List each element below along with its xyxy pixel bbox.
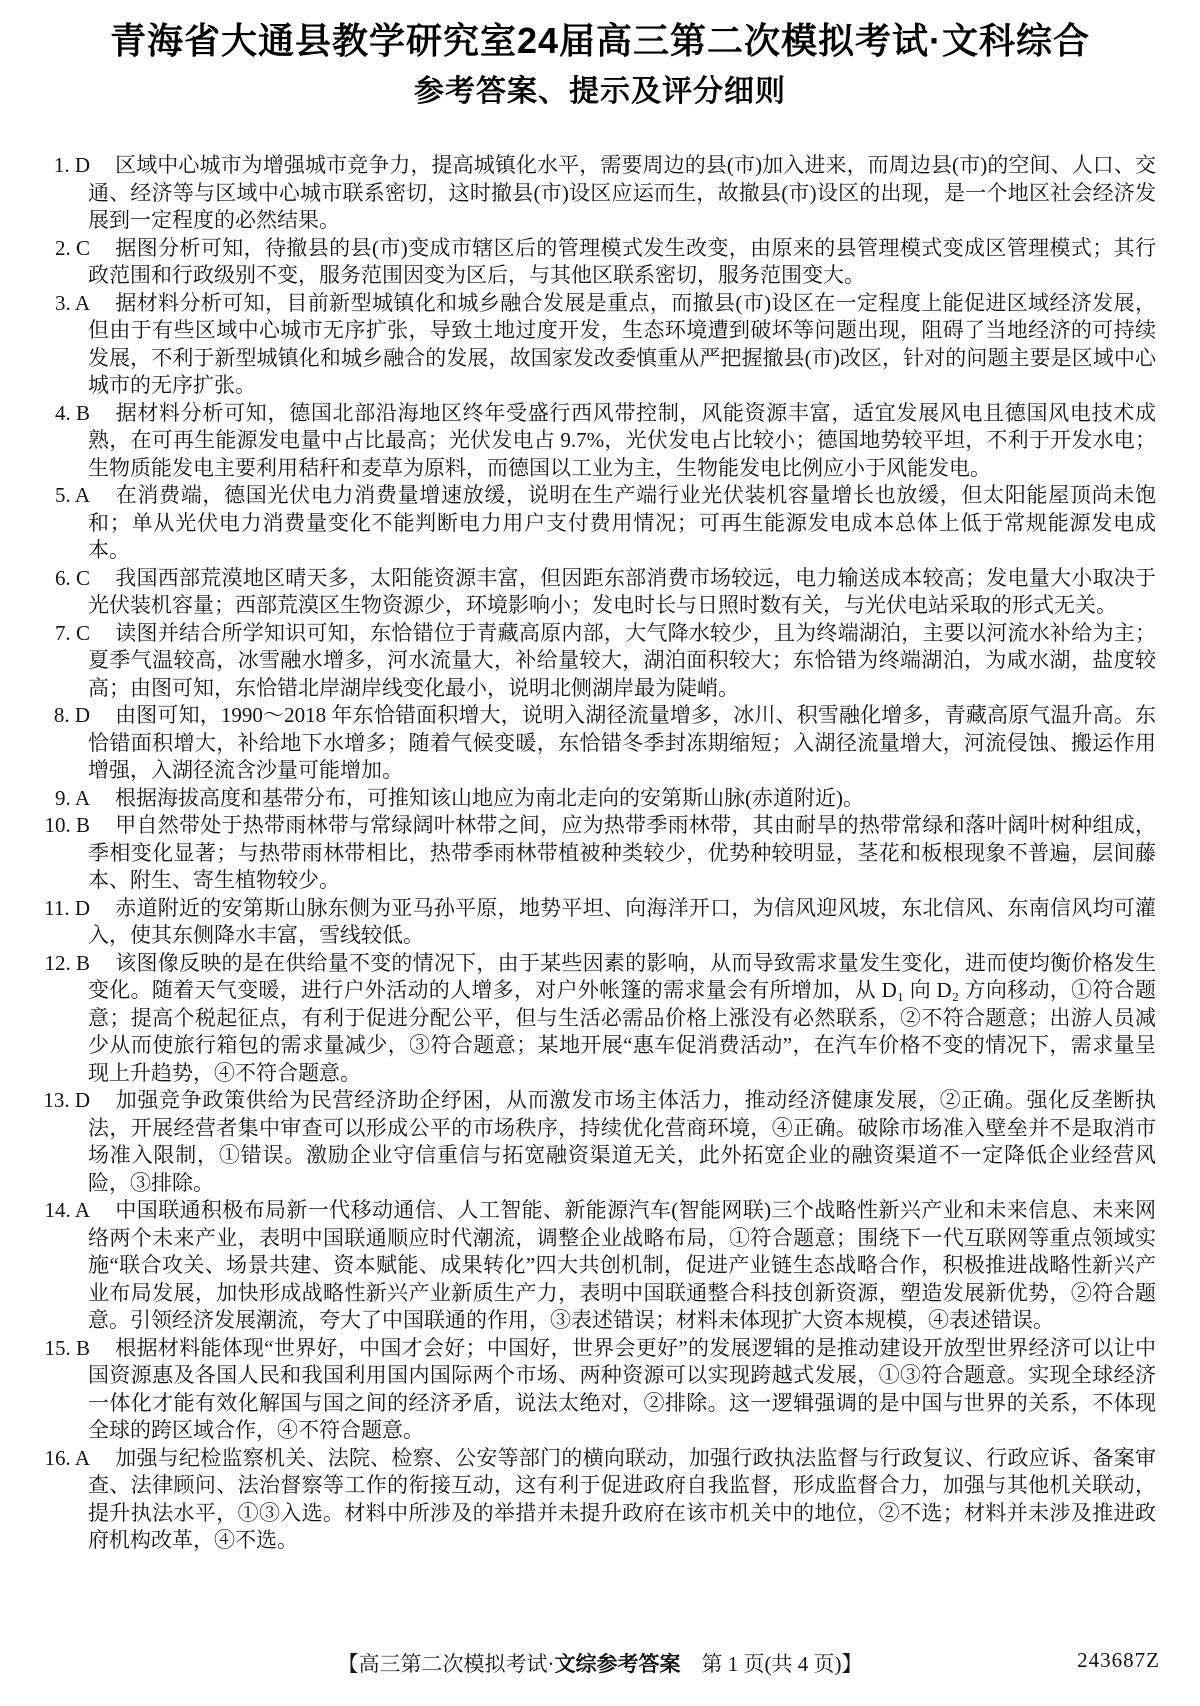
answer-item: 6. C我国西部荒漠地区晴天多，太阳能资源丰富，但因距东部消费市场较远，电力输送…: [40, 565, 1156, 620]
item-explanation: 据材料分析可知，德国北部沿海地区终年受盛行西风带控制，风能资源丰富，适宜发展风电…: [88, 401, 1156, 480]
item-explanation: 甲自然带处于热带雨林带与常绿阔叶林带之间，应为热带季雨林带，其由耐旱的热带常绿和…: [88, 813, 1156, 892]
item-number-answer: 13. D: [40, 1087, 90, 1115]
item-number-answer: 2. C: [40, 235, 90, 263]
footer-caption: 【高三第二次模拟考试·文综参考答案 第 1 页(共 4 页)】: [338, 1652, 863, 1676]
item-number-answer: 1. D: [40, 152, 90, 180]
answer-item: 16. A加强与纪检监察机关、法院、检察、公安等部门的横向联动，加强行政执法监督…: [40, 1445, 1156, 1555]
item-number-answer: 8. D: [40, 702, 90, 730]
item-number-answer: 16. A: [40, 1445, 90, 1473]
item-explanation: 区域中心城市为增强城市竞争力，提高城镇化水平，需要周边的县(市)加入进来，而周边…: [88, 153, 1156, 232]
answer-item: 11. D赤道附近的安第斯山脉东侧为亚马孙平原，地势平坦、向海洋开口，为信风迎风…: [40, 895, 1156, 950]
item-explanation: 赤道附近的安第斯山脉东侧为亚马孙平原，地势平坦、向海洋开口，为信风迎风坡，东北信…: [88, 896, 1156, 948]
page-footer: 【高三第二次模拟考试·文综参考答案 第 1 页(共 4 页)】 243687Z: [0, 1648, 1200, 1678]
item-number-answer: 11. D: [40, 895, 90, 923]
item-explanation: 我国西部荒漠地区晴天多，太阳能资源丰富，但因距东部消费市场较远，电力输送成本较高…: [88, 566, 1156, 618]
answer-item: 15. B根据材料能体现“世界好，中国才会好；中国好，世界会更好”的发展逻辑的是…: [40, 1335, 1156, 1445]
item-explanation: 加强与纪检监察机关、法院、检察、公安等部门的横向联动，加强行政执法监督与行政复议…: [88, 1446, 1156, 1553]
item-number-answer: 12. B: [40, 950, 90, 978]
item-explanation: 读图并结合所学知识可知，东恰错位于青藏高原内部，大气降水较少，且为终端湖泊，主要…: [88, 621, 1156, 700]
answer-sheet-page: 青海省大通县教学研究室24届高三第二次模拟考试·文科综合 参考答案、提示及评分细…: [0, 0, 1200, 1706]
page-subtitle: 参考答案、提示及评分细则: [0, 75, 1200, 108]
answer-list: 1. D区域中心城市为增强城市竞争力，提高城镇化水平，需要周边的县(市)加入进来…: [40, 152, 1156, 1555]
answer-item: 5. A在消费端，德国光伏电力消费量增速放缓，说明在生产端行业光伏装机容量增长也…: [40, 482, 1156, 565]
item-explanation: 该图像反映的是在供给量不变的情况下，由于某些因素的影响，从而导致需求量发生变化，…: [88, 951, 1156, 1085]
answer-item: 3. A据材料分析可知，目前新型城镇化和城乡融合发展是重点，而撤县(市)设区在一…: [40, 290, 1156, 400]
item-explanation: 加强竞争政策供给为民营经济助企纾困，从而激发市场主体活力，推动经济健康发展，②正…: [88, 1088, 1156, 1195]
answer-item: 7. C读图并结合所学知识可知，东恰错位于青藏高原内部，大气降水较少，且为终端湖…: [40, 620, 1156, 703]
answer-item: 1. D区域中心城市为增强城市竞争力，提高城镇化水平，需要周边的县(市)加入进来…: [40, 152, 1156, 235]
item-explanation: 在消费端，德国光伏电力消费量增速放缓，说明在生产端行业光伏装机容量增长也放缓，但…: [88, 483, 1156, 562]
item-number-answer: 7. C: [40, 620, 90, 648]
answer-item: 14. A中国联通积极布局新一代移动通信、人工智能、新能源汽车(智能网联)三个战…: [40, 1197, 1156, 1335]
item-number-answer: 10. B: [40, 812, 90, 840]
item-number-answer: 4. B: [40, 400, 90, 428]
answer-item: 2. C据图分析可知，待撤县的县(市)变成市辖区后的管理模式发生改变，由原来的县…: [40, 235, 1156, 290]
footer-caption-left: 【高三第二次模拟考试·: [338, 1652, 555, 1676]
item-number-answer: 14. A: [40, 1197, 90, 1225]
item-number-answer: 6. C: [40, 565, 90, 593]
footer-caption-bold: 文综参考答案: [555, 1653, 681, 1676]
item-explanation: 根据海拔高度和基带分布，可推知该山地应为南北走向的安第斯山脉(赤道附近)。: [115, 786, 864, 810]
answer-item: 4. B据材料分析可知，德国北部沿海地区终年受盛行西风带控制，风能资源丰富，适宜…: [40, 400, 1156, 483]
item-number-answer: 9. A: [40, 785, 90, 813]
item-number-answer: 5. A: [40, 482, 90, 510]
answer-item: 10. B甲自然带处于热带雨林带与常绿阔叶林带之间，应为热带季雨林带，其由耐旱的…: [40, 812, 1156, 895]
item-number-answer: 3. A: [40, 290, 90, 318]
item-explanation: 由图可知，1990～2018 年东恰错面积增大，说明入湖径流量增多，冰川、积雪融…: [88, 703, 1156, 782]
item-explanation: 据材料分析可知，目前新型城镇化和城乡融合发展是重点，而撤县(市)设区在一定程度上…: [88, 291, 1156, 398]
answer-item: 8. D由图可知，1990～2018 年东恰错面积增大，说明入湖径流量增多，冰川…: [40, 702, 1156, 785]
answer-item: 13. D加强竞争政策供给为民营经济助企纾困，从而激发市场主体活力，推动经济健康…: [40, 1087, 1156, 1197]
item-explanation: 根据材料能体现“世界好，中国才会好；中国好，世界会更好”的发展逻辑的是推动建设开…: [88, 1336, 1156, 1443]
footer-paper-code: 243687Z: [1077, 1648, 1160, 1673]
answer-item: 12. B该图像反映的是在供给量不变的情况下，由于某些因素的影响，从而导致需求量…: [40, 950, 1156, 1088]
item-explanation: 据图分析可知，待撤县的县(市)变成市辖区后的管理模式发生改变，由原来的县管理模式…: [88, 236, 1156, 288]
item-explanation: 中国联通积极布局新一代移动通信、人工智能、新能源汽车(智能网联)三个战略性新兴产…: [88, 1198, 1156, 1332]
footer-caption-page: 第 1 页(共 4 页)】: [681, 1652, 863, 1676]
answer-item: 9. A根据海拔高度和基带分布，可推知该山地应为南北走向的安第斯山脉(赤道附近)…: [40, 785, 1156, 813]
item-number-answer: 15. B: [40, 1335, 90, 1363]
page-title: 青海省大通县教学研究室24届高三第二次模拟考试·文科综合: [0, 0, 1200, 61]
